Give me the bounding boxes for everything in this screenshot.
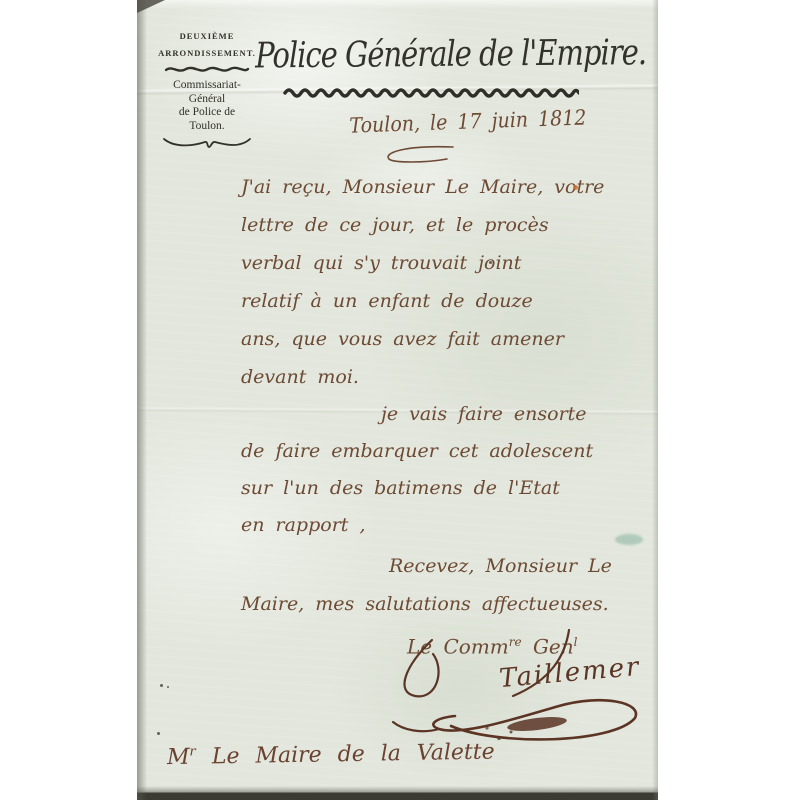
office-line: Commissariat- xyxy=(153,79,261,93)
body-line: ans, que vous avez fait amener xyxy=(241,320,604,358)
wax-speck xyxy=(573,185,578,190)
underbrace-ornament xyxy=(162,136,252,150)
letter-paper: DEUXIÈME ARRONDISSEMENT. Commissariat- G… xyxy=(137,0,658,800)
body-line: en rapport , xyxy=(241,507,593,544)
body-line: devant moi. xyxy=(241,358,604,396)
signature-flourish xyxy=(387,628,655,756)
addressee-line: Mr Le Maire de la Valette xyxy=(167,739,495,770)
ink-speck xyxy=(489,261,492,264)
body-paragraph-2: je vais faire ensorte de faire embarquer… xyxy=(241,396,593,544)
district-line: DEUXIÈME xyxy=(153,28,261,45)
body-line: de faire embarquer cet adolescent xyxy=(241,433,593,470)
scanned-letter-photo: DEUXIÈME ARRONDISSEMENT. Commissariat- G… xyxy=(0,0,800,800)
ink-speck xyxy=(157,732,160,735)
dateline-swash xyxy=(375,143,505,167)
office-name: Commissariat- Général de Police de Toulo… xyxy=(153,79,261,133)
title-rule-squiggle xyxy=(283,87,579,98)
letterhead-left-column: DEUXIÈME ARRONDISSEMENT. Commissariat- G… xyxy=(153,28,261,150)
body-line: J'ai reçu, Monsieur Le Maire, votre xyxy=(241,168,604,206)
body-line: verbal qui s'y trouvait joint xyxy=(241,244,604,282)
paper-corner-shadow xyxy=(137,0,165,13)
squiggle-divider xyxy=(164,65,250,74)
dateline: Toulon, le 17 juin 1812 xyxy=(349,106,587,138)
body-line: sur l'un des batimens de l'Etat xyxy=(241,470,593,507)
office-line: Toulon. xyxy=(153,120,261,134)
office-line: Général xyxy=(153,93,261,107)
ink-speck xyxy=(160,684,163,687)
green-stain xyxy=(615,534,643,545)
ink-speck xyxy=(167,686,169,688)
closing-line: Recevez, Monsieur Le xyxy=(389,547,612,585)
addressee-text: M xyxy=(167,745,190,770)
district-line: ARRONDISSEMENT. xyxy=(153,45,261,62)
closing-line: Maire, mes salutations affectueuses. xyxy=(241,585,612,623)
body-line: je vais faire ensorte xyxy=(381,396,593,433)
addressee-text: Le Maire de la Valette xyxy=(196,739,495,769)
office-line: de Police de xyxy=(153,106,261,120)
body-line: relatif à un enfant de douze xyxy=(241,282,604,320)
body-line: lettre de ce jour, et le procès xyxy=(241,206,604,244)
letterhead-title: Police Générale de l'Empire. xyxy=(255,32,607,76)
body-paragraph-1: J'ai reçu, Monsieur Le Maire, votre lett… xyxy=(241,168,604,396)
